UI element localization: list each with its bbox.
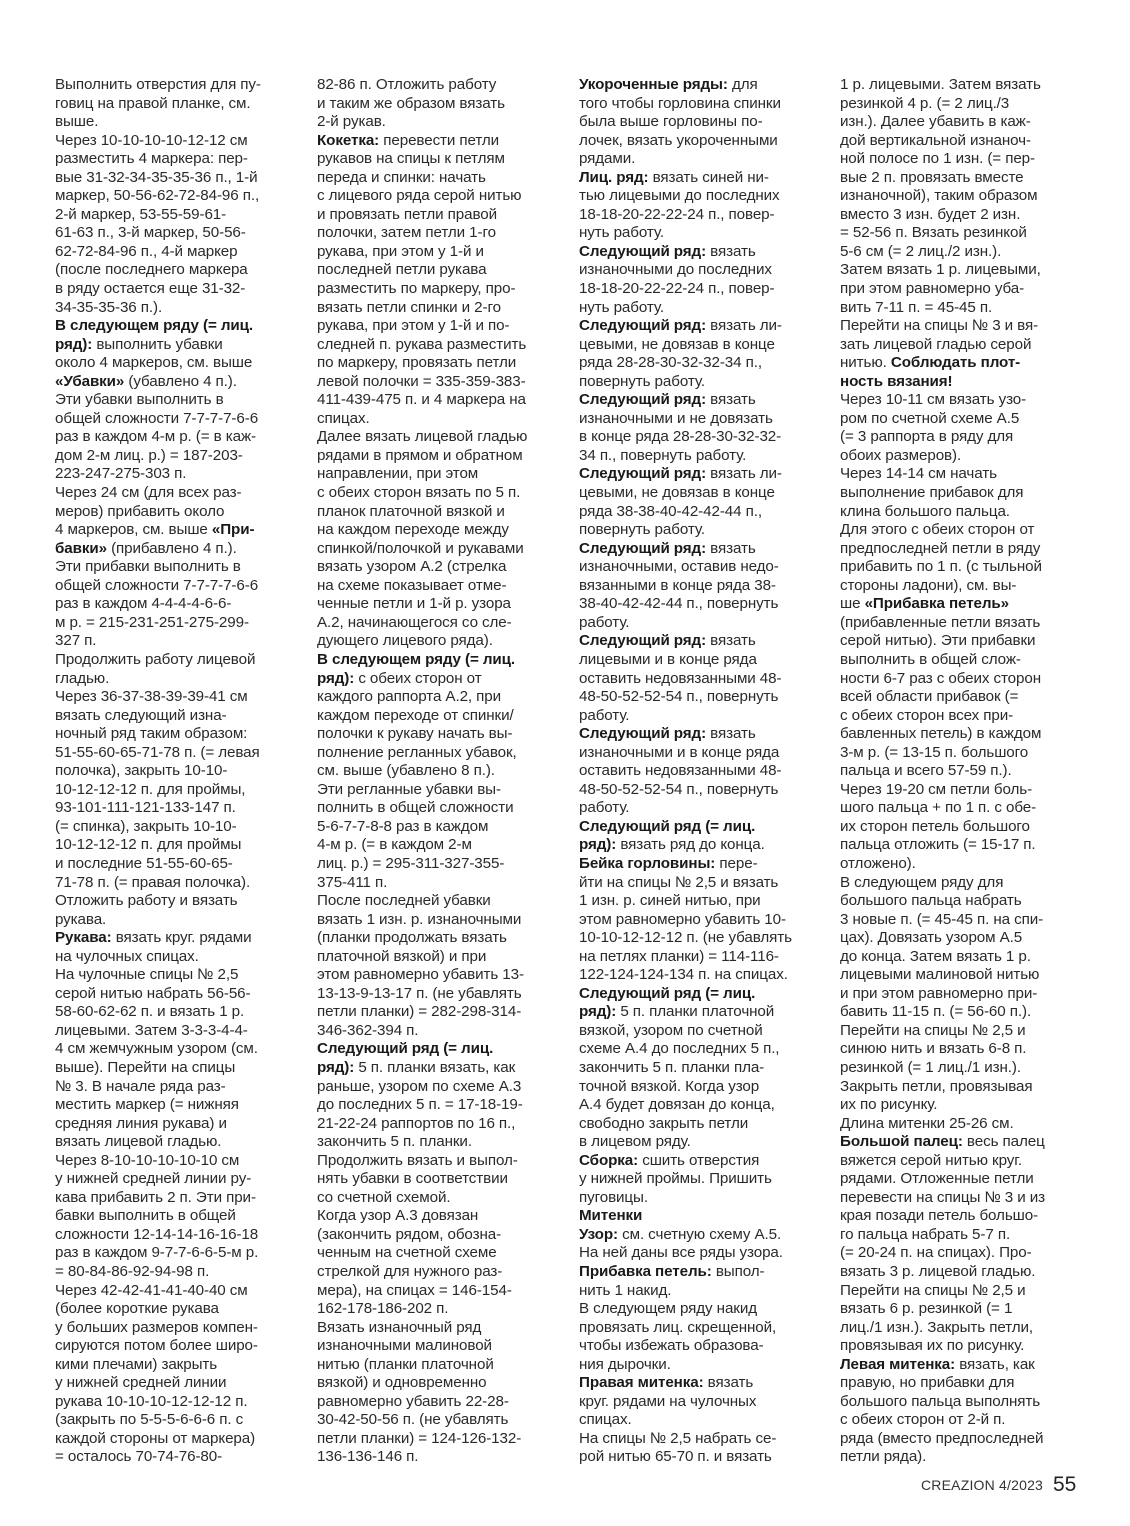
text-line: раз в каждом 4-м р. (= в каж-: [55, 428, 310, 447]
body-text: Далее вязать лицевой гладью: [317, 428, 527, 445]
text-line: 3-м р. (= 13-15 п. большого: [840, 744, 1095, 763]
text-line: Митенки: [579, 1207, 834, 1226]
text-line: На ней даны все ряды узора.: [579, 1244, 834, 1263]
text-line: и таким же образом вязать: [317, 95, 572, 114]
body-text: стороны ладони), см. вы-: [840, 577, 1016, 594]
body-text: до конца. Затем вязать 1 р.: [840, 948, 1031, 965]
body-text: выполнить в общей слож-: [840, 651, 1021, 668]
text-line: 2-й рукав.: [317, 113, 572, 132]
body-text: до последних 5 п. = 17-18-19-: [317, 1096, 523, 1113]
body-text: рукава 10-10-10-12-12-12 п.: [55, 1393, 247, 1410]
body-text: 2-й маркер, 53-55-59-61-: [55, 206, 226, 223]
text-line: нять убавки в соответствии: [317, 1170, 572, 1189]
text-line: Следующий ряд: вязать: [579, 391, 834, 410]
body-text: вязать синей ни-: [649, 169, 769, 186]
body-text: синюю нить и вязать 6-8 п.: [840, 1040, 1026, 1057]
body-text: Через 36-37-38-39-39-41 см: [55, 688, 248, 705]
text-line: каждого раппорта А.2, при: [317, 688, 572, 707]
body-text: бавленных петель) в каждом: [840, 725, 1041, 742]
text-line: № 3. В начале ряда раз-: [55, 1078, 310, 1097]
section-heading: бавки»: [55, 540, 107, 557]
body-text: изнаночными малиновой: [317, 1337, 492, 1354]
body-text: перевести петли: [379, 132, 499, 149]
text-line: (закрыть по 5-5-5-6-6-6 п. с: [55, 1411, 310, 1430]
body-text: следней п. рукава разместить: [317, 336, 526, 353]
text-line: вязанными в конце ряда 38-: [579, 577, 834, 596]
text-line: Когда узор А.3 довязан: [317, 1207, 572, 1226]
body-text: Эти убавки выполнить в: [55, 391, 224, 408]
text-line: бавки выполнить в общей: [55, 1207, 310, 1226]
text-line: Следующий ряд: вязать ли-: [579, 317, 834, 336]
text-line: 411-439-475 п. и 4 маркера на: [317, 391, 572, 410]
text-line: 51-55-60-65-71-78 п. (= левая: [55, 744, 310, 763]
body-text: обоих размеров).: [840, 447, 961, 464]
text-line: 122-124-124-134 п. на спицах.: [579, 966, 834, 985]
body-text: тью лицевыми до последних: [579, 187, 780, 204]
body-text: работу.: [579, 707, 629, 724]
text-line: около 4 маркеров, см. выше: [55, 354, 310, 373]
body-text: В следующем ряду для: [840, 874, 1003, 891]
text-line: ряда 28-28-30-32-32-34 п.,: [579, 354, 834, 373]
text-line: работу.: [579, 799, 834, 818]
body-text: лицевыми малиновой нитью: [840, 966, 1039, 983]
body-text: пальца отложить (= 15-17 п.: [840, 836, 1036, 853]
body-text: вязать: [706, 632, 756, 649]
text-line: повернуть работу.: [579, 521, 834, 540]
body-text: полочки к рукаву начать вы-: [317, 725, 512, 742]
text-line: 48-50-52-52-54 п., повернуть: [579, 781, 834, 800]
body-text: 18-18-20-22-22-24 п., повер-: [579, 280, 774, 297]
body-text: 38-40-42-42-44 п., повернуть: [579, 595, 778, 612]
text-line: гладью.: [55, 670, 310, 689]
body-text: лиц. р.) = 295-311-327-355-: [317, 855, 504, 872]
text-line: сложности 12-14-14-16-16-18: [55, 1226, 310, 1245]
body-text: работу.: [579, 799, 629, 816]
body-text: кава прибавить 2 п. Эти при-: [55, 1189, 256, 1206]
body-text: го пальца набрать 5-7 п.: [840, 1226, 1010, 1243]
text-line: (прибавленные петли вязать: [840, 614, 1095, 633]
body-text: на петлях планки) = 114-116-: [579, 948, 779, 965]
body-text: пере-: [715, 855, 757, 872]
body-text: Отложить работу и вязать: [55, 892, 238, 909]
text-line: Следующий ряд: вязать: [579, 540, 834, 559]
body-text: 5 п. планки вязать, как: [354, 1059, 515, 1076]
body-text: при этом равномерно уба-: [840, 280, 1024, 297]
body-text: провязывая их по рисунку.: [840, 1337, 1024, 1354]
text-line: каждом переходе от спинки/: [317, 707, 572, 726]
section-heading: Укороченные ряды:: [579, 76, 728, 93]
body-text: Продолжить работу лицевой: [55, 651, 255, 668]
body-text: Через 19-20 см петли боль-: [840, 781, 1032, 798]
text-line: изнаночными и в конце ряда: [579, 744, 834, 763]
body-text: в ряду остается еще 31-32-: [55, 280, 245, 297]
text-line: полочки, затем петли 1-го: [317, 224, 572, 243]
text-line: свободно закрыть петли: [579, 1115, 834, 1134]
body-text: ряда 38-38-40-42-42-44 п.,: [579, 503, 762, 520]
text-line: Эти убавки выполнить в: [55, 391, 310, 410]
text-line: Через 10-10-10-10-12-12 см: [55, 132, 310, 151]
body-text: вместо 3 изн. будет 2 изн.: [840, 206, 1020, 223]
body-text: йти на спицы № 2,5 и вязать: [579, 874, 778, 891]
text-line: с обеих сторон вязать по 5 п.: [317, 484, 572, 503]
body-text: 48-50-52-52-54 п., повернуть: [579, 781, 778, 798]
text-line: до последних 5 п. = 17-18-19-: [317, 1096, 572, 1115]
text-line: (= 3 раппорта в ряду для: [840, 428, 1095, 447]
text-line: нитью. Соблюдать плот-: [840, 354, 1095, 373]
text-line: лиц. р.) = 295-311-327-355-: [317, 855, 572, 874]
body-text: для: [728, 76, 758, 93]
body-text: цевыми, не довязав в конце: [579, 336, 775, 353]
body-text: лицевыми и в конце ряда: [579, 651, 757, 668]
text-line: = 80-84-86-92-94-98 п.: [55, 1263, 310, 1282]
section-heading: ряд):: [55, 336, 92, 353]
body-text: их по рисунку.: [840, 1096, 937, 1113]
body-text: серой нитью набрать 56-56-: [55, 985, 250, 1002]
text-line: ше «Прибавка петель»: [840, 595, 1095, 614]
body-text: выполнить убавки: [92, 336, 222, 353]
body-text: вязкой, узором по счетной: [579, 1022, 763, 1039]
text-line: Через 10-11 см вязать узо-: [840, 391, 1095, 410]
body-text: 62-72-84-96 п., 4-й маркер: [55, 243, 238, 260]
body-text: большого пальца выполнять: [840, 1393, 1040, 1410]
text-line: точной вязкой. Когда узор: [579, 1078, 834, 1097]
text-line: полнение регланных убавок,: [317, 744, 572, 763]
body-text: Через 42-42-41-41-40-40 см: [55, 1282, 248, 1299]
text-line: этом равномерно убавить 10-: [579, 911, 834, 930]
body-text: выше). Перейти на спицы: [55, 1059, 235, 1076]
body-text: (= 20-24 п. на спицах). Про-: [840, 1244, 1032, 1261]
text-line: Выполнить отверстия для пу-: [55, 76, 310, 95]
text-line: вязать 3 р. лицевой гладью.: [840, 1263, 1095, 1282]
body-text: нитью (планки платочной: [317, 1356, 494, 1373]
body-text: 3-м р. (= 13-15 п. большого: [840, 744, 1028, 761]
body-text: полнение регланных убавок,: [317, 744, 517, 761]
body-text: раз в каждом 4-м р. (= в каж-: [55, 428, 256, 445]
body-text: общей сложности 7-7-7-7-6-6: [55, 577, 258, 594]
text-line: Узор: см. счетную схему А.5.: [579, 1226, 834, 1245]
text-line: с обеих сторон от 2-й п.: [840, 1411, 1095, 1430]
text-line: вязать петли спинки и 2-го: [317, 299, 572, 318]
body-text: каждого раппорта А.2, при: [317, 688, 501, 705]
text-line: Следующий ряд: вязать: [579, 725, 834, 744]
body-text: того чтобы горловина спинки: [579, 95, 781, 112]
text-line: лицевыми и в конце ряда: [579, 651, 834, 670]
text-line: перевести на спицы № 3 и из: [840, 1189, 1095, 1208]
section-heading: ряд):: [317, 1059, 354, 1076]
text-line: нить 1 накид.: [579, 1282, 834, 1301]
text-line: дом 2-м лиц. р.) = 187-203-: [55, 447, 310, 466]
body-text: говиц на правой планке, см.: [55, 95, 251, 112]
text-line: Укороченные ряды: для: [579, 76, 834, 95]
text-line: того чтобы горловина спинки: [579, 95, 834, 114]
text-line: 4-м р. (= в каждом 2-м: [317, 836, 572, 855]
text-line: ченные петли и 1-й р. узора: [317, 595, 572, 614]
text-line: кава прибавить 2 п. Эти при-: [55, 1189, 310, 1208]
text-line: йти на спицы № 2,5 и вязать: [579, 874, 834, 893]
body-text: Затем вязать 1 р. лицевыми,: [840, 261, 1041, 278]
text-line: с лицевого ряда серой нитью: [317, 187, 572, 206]
text-line: Кокетка: перевести петли: [317, 132, 572, 151]
text-line: рой нитью 65-70 п. и вязать: [579, 1448, 834, 1467]
text-line: А.4 будет довязан до конца,: [579, 1096, 834, 1115]
text-line: 18-18-20-22-22-24 п., повер-: [579, 206, 834, 225]
text-line: каждой стороны от маркера): [55, 1430, 310, 1449]
text-line: пальца и всего 57-59 п.).: [840, 762, 1095, 781]
body-text: вязать: [706, 540, 756, 557]
body-text: 122-124-124-134 п. на спицах.: [579, 966, 788, 983]
text-line: рядами.: [579, 150, 834, 169]
text-line: кими плечами) закрыть: [55, 1356, 310, 1375]
body-text: оставить недовязанными 48-: [579, 670, 781, 687]
body-text: вязать: [704, 1374, 754, 1391]
text-line: ряда (вместо предпоследней: [840, 1430, 1095, 1449]
text-line: ряд): выполнить убавки: [55, 336, 310, 355]
body-text: 4 см жемчужным узором (см.: [55, 1040, 258, 1057]
body-text: меров) прибавить около: [55, 503, 224, 520]
text-line: петли ряда).: [840, 1448, 1095, 1467]
text-line: бавить 11-15 п. (= 56-60 п.).: [840, 1003, 1095, 1022]
body-text: 48-50-52-52-54 п., повернуть: [579, 688, 778, 705]
text-line: закончить 5 п. планки пла-: [579, 1059, 834, 1078]
text-line: 18-18-20-22-22-24 п., повер-: [579, 280, 834, 299]
body-text: выпол-: [712, 1263, 765, 1280]
body-text: рой нитью 65-70 п. и вязать: [579, 1448, 772, 1465]
body-text: нитью.: [840, 354, 891, 371]
text-line: 1 р. лицевыми. Затем вязать: [840, 76, 1095, 95]
text-line: изн.). Далее убавить в каж-: [840, 113, 1095, 132]
text-line: разместить по маркеру, про-: [317, 280, 572, 299]
text-line: дой вертикальной изнаноч-: [840, 132, 1095, 151]
body-text: вязать круг. рядами: [112, 929, 252, 946]
body-text: А.2, начинающегося со сле-: [317, 614, 512, 631]
body-text: планок платочной вязкой и: [317, 503, 505, 520]
body-text: в лицевом ряду.: [579, 1133, 691, 1150]
text-line: 375-411 п.: [317, 874, 572, 893]
text-line: рукава, при этом у 1-й и: [317, 243, 572, 262]
body-text: рядами. Отложенные петли: [840, 1170, 1034, 1187]
body-text: (более короткие рукава: [55, 1300, 219, 1317]
body-text: резинкой 4 р. (= 2 лиц./3: [840, 95, 1009, 112]
body-text: направлении, при этом: [317, 465, 478, 482]
body-text: на схеме показывает отме-: [317, 577, 506, 594]
body-text: клина большого пальца.: [840, 503, 1010, 520]
body-text: 223-247-275-303 п.: [55, 465, 186, 482]
body-text: сложности 12-14-14-16-16-18: [55, 1226, 258, 1243]
text-line: и при этом равномерно при-: [840, 985, 1095, 1004]
body-text: Когда узор А.3 довязан: [317, 1207, 478, 1224]
text-line: Бейка горловины: пере-: [579, 855, 834, 874]
body-text: лицевыми. Затем 3-3-3-4-4-: [55, 1022, 248, 1039]
text-line: серой нитью набрать 56-56-: [55, 985, 310, 1004]
body-text: каждой стороны от маркера): [55, 1430, 255, 1447]
text-line: цевыми, не довязав в конце: [579, 484, 834, 503]
text-line: Продолжить вязать и выпол-: [317, 1152, 572, 1171]
text-line: 38-40-42-42-44 п., повернуть: [579, 595, 834, 614]
text-line: средняя линия рукава) и: [55, 1115, 310, 1134]
body-text: 1 р. лицевыми. Затем вязать: [840, 76, 1041, 93]
text-line: изнаночными до последних: [579, 261, 834, 280]
body-text: вязкой) и одновременно: [317, 1374, 487, 1391]
text-line: Перейти на спицы № 2,5 и: [840, 1282, 1095, 1301]
section-heading: В следующем ряду (= лиц.: [317, 651, 515, 668]
text-line: лицевыми малиновой нитью: [840, 966, 1095, 985]
text-line: полнить в общей сложности: [317, 799, 572, 818]
text-line: говиц на правой планке, см.: [55, 95, 310, 114]
text-line: ной полосе по 1 изн. (= пер-: [840, 150, 1095, 169]
text-line: В следующем ряду для: [840, 874, 1095, 893]
text-column-3: Укороченные ряды: длятого чтобы горловин…: [579, 76, 834, 1467]
body-text: 61-63 п., 3-й маркер, 50-56-: [55, 224, 246, 241]
body-text: большого пальца набрать: [840, 892, 1022, 909]
text-line: работу.: [579, 707, 834, 726]
text-line: изнаночными и не довязать: [579, 410, 834, 429]
text-line: маркер, 50-56-62-72-84-96 п.,: [55, 187, 310, 206]
body-text: 10-10-12-12-12 п. (не убавлять: [579, 929, 792, 946]
text-line: работу.: [579, 614, 834, 633]
body-text: повернуть работу.: [579, 521, 705, 538]
body-text: бавки выполнить в общей: [55, 1207, 236, 1224]
body-text: каждом переходе от спинки/: [317, 707, 514, 724]
text-line: 223-247-275-303 п.: [55, 465, 310, 484]
text-line: ряд): с обеих сторон от: [317, 670, 572, 689]
body-text: 4 маркеров, см. выше: [55, 521, 212, 538]
body-text: (= 3 раппорта в ряду для: [840, 428, 1013, 445]
body-text: (убавлено 4 п.).: [124, 373, 237, 390]
text-line: стрелкой для нужного раз-: [317, 1263, 572, 1282]
body-text: пуговицы.: [579, 1189, 648, 1206]
text-line: ность вязания!: [840, 373, 1095, 392]
text-line: Следующий ряд (= лиц.: [317, 1040, 572, 1059]
section-heading: Большой палец:: [840, 1133, 963, 1150]
body-text: со счетной схемой.: [317, 1189, 450, 1206]
section-heading: Следующий ряд:: [579, 632, 706, 649]
text-line: платочной вязкой) и при: [317, 948, 572, 967]
body-text: изн.). Далее убавить в каж-: [840, 113, 1031, 130]
body-text: Длина митенки 25-26 см.: [840, 1115, 1014, 1132]
body-text: и при этом равномерно при-: [840, 985, 1037, 1002]
section-heading: В следующем ряду (= лиц.: [55, 317, 253, 334]
text-line: лицевыми. Затем 3-3-3-4-4-: [55, 1022, 310, 1041]
body-text: их сторон петель большого: [840, 818, 1030, 835]
body-text: 58-60-62-62 п. и вязать 1 р.: [55, 1003, 244, 1020]
body-text: 34 п., повернуть работу.: [579, 447, 746, 464]
body-text: петли планки) = 124-126-132-: [317, 1430, 521, 1447]
text-line: разместить 4 маркера: пер-: [55, 150, 310, 169]
body-text: сируются потом более широ-: [55, 1337, 258, 1354]
text-line: 5-6-7-7-8-8 раз в каждом: [317, 818, 572, 837]
body-text: вязать, как: [955, 1356, 1035, 1373]
body-text: изнаночными до последних: [579, 261, 772, 278]
text-line: 58-60-62-62 п. и вязать 1 р.: [55, 1003, 310, 1022]
body-text: прибавить по 1 п. (с тыльной: [840, 558, 1042, 575]
body-text: предпоследней петли в ряду: [840, 540, 1040, 557]
body-text: Перейти на спицы № 2,5 и: [840, 1022, 1026, 1039]
body-text: с обеих сторон от: [354, 670, 481, 687]
body-text: свободно закрыть петли: [579, 1115, 748, 1132]
text-line: обоих размеров).: [840, 447, 1095, 466]
text-line: 61-63 п., 3-й маркер, 50-56-: [55, 224, 310, 243]
section-heading: Следующий ряд (= лиц.: [317, 1040, 493, 1057]
body-text: цевыми, не довязав в конце: [579, 484, 775, 501]
text-line: 3 новые п. (= 45-45 п. на спи-: [840, 911, 1095, 930]
body-text: ряда (вместо предпоследней: [840, 1430, 1043, 1447]
text-line: на каждом переходе между: [317, 521, 572, 540]
text-line: 5-6 см (= 2 лиц./2 изн.).: [840, 243, 1095, 262]
text-line: мера), на спицах = 146-154-: [317, 1282, 572, 1301]
body-text: вяжется серой нитью круг.: [840, 1152, 1022, 1169]
body-text: На ней даны все ряды узора.: [579, 1244, 783, 1261]
text-line: = осталось 70-74-76-80-: [55, 1448, 310, 1467]
text-line: спицах.: [579, 1411, 834, 1430]
text-line: вязкой) и одновременно: [317, 1374, 572, 1393]
body-text: провязать лиц. скрещенной,: [579, 1319, 776, 1336]
body-text: 51-55-60-65-71-78 п. (= левая: [55, 744, 260, 761]
body-text: около 4 маркеров, см. выше: [55, 354, 252, 371]
text-line: на схеме показывает отме-: [317, 577, 572, 596]
body-text: вязать узором А.2 (стрелка: [317, 558, 506, 575]
text-line: большого пальца набрать: [840, 892, 1095, 911]
section-heading: Лиц. ряд:: [579, 169, 649, 186]
body-text: перевести на спицы № 3 и из: [840, 1189, 1045, 1206]
body-text: нять убавки в соответствии: [317, 1170, 508, 1187]
text-line: предпоследней петли в ряду: [840, 540, 1095, 559]
body-text: А.4 будет довязан до конца,: [579, 1096, 775, 1113]
text-line: Эти прибавки выполнить в: [55, 558, 310, 577]
body-text: с лицевого ряда серой нитью: [317, 187, 521, 204]
text-line: выполнение прибавок для: [840, 484, 1095, 503]
text-line: выполнить в общей слож-: [840, 651, 1095, 670]
body-text: края позади петель большо-: [840, 1207, 1038, 1224]
text-line: раз в каждом 9-7-7-6-6-5-м р.: [55, 1244, 310, 1263]
text-line: = 52-56 п. Вязать резинкой: [840, 224, 1095, 243]
body-text: работу.: [579, 614, 629, 631]
body-text: вязать ли-: [706, 465, 782, 482]
text-line: переда и спинки: начать: [317, 169, 572, 188]
text-line: 34-35-35-36 п.).: [55, 299, 310, 318]
body-text: равномерно убавить 22-28-: [317, 1393, 509, 1410]
text-line: их по рисунку.: [840, 1096, 1095, 1115]
body-text: изнаночными, оставив недо-: [579, 558, 779, 575]
text-line: резинкой 4 р. (= 2 лиц./3: [840, 95, 1095, 114]
body-text: цах). Довязать узором А.5: [840, 929, 1022, 946]
body-text: = осталось 70-74-76-80-: [55, 1448, 222, 1465]
text-line: их сторон петель большого: [840, 818, 1095, 837]
text-line: м р. = 215-231-251-275-299-: [55, 614, 310, 633]
text-line: у нижней проймы. Пришить: [579, 1170, 834, 1189]
body-text: вязать: [706, 725, 756, 742]
body-text: переда и спинки: начать: [317, 169, 486, 186]
text-line: А.2, начинающегося со сле-: [317, 614, 572, 633]
body-text: и таким же образом вязать: [317, 95, 505, 112]
body-text: рядами.: [579, 150, 635, 167]
text-line: Через 42-42-41-41-40-40 см: [55, 1282, 310, 1301]
text-line: следней п. рукава разместить: [317, 336, 572, 355]
text-line: 136-136-146 п.: [317, 1448, 572, 1467]
text-line: закончить 5 п. планки.: [317, 1133, 572, 1152]
body-text: В следующем ряду накид: [579, 1300, 757, 1317]
body-text: 4-м р. (= в каждом 2-м: [317, 836, 472, 853]
section-heading: ряд):: [579, 836, 616, 853]
body-text: Перейти на спицы № 2,5 и: [840, 1282, 1026, 1299]
text-line: большого пальца выполнять: [840, 1393, 1095, 1412]
section-heading: Кокетка:: [317, 132, 379, 149]
body-text: у нижней средней линии ру-: [55, 1170, 251, 1187]
body-text: правую, но прибавки для: [840, 1374, 1014, 1391]
body-text: 5-6 см (= 2 лиц./2 изн.).: [840, 243, 1001, 260]
body-text: выполнение прибавок для: [840, 484, 1023, 501]
text-line: В следующем ряду накид: [579, 1300, 834, 1319]
body-text: левой полочки = 335-359-383-: [317, 373, 526, 390]
